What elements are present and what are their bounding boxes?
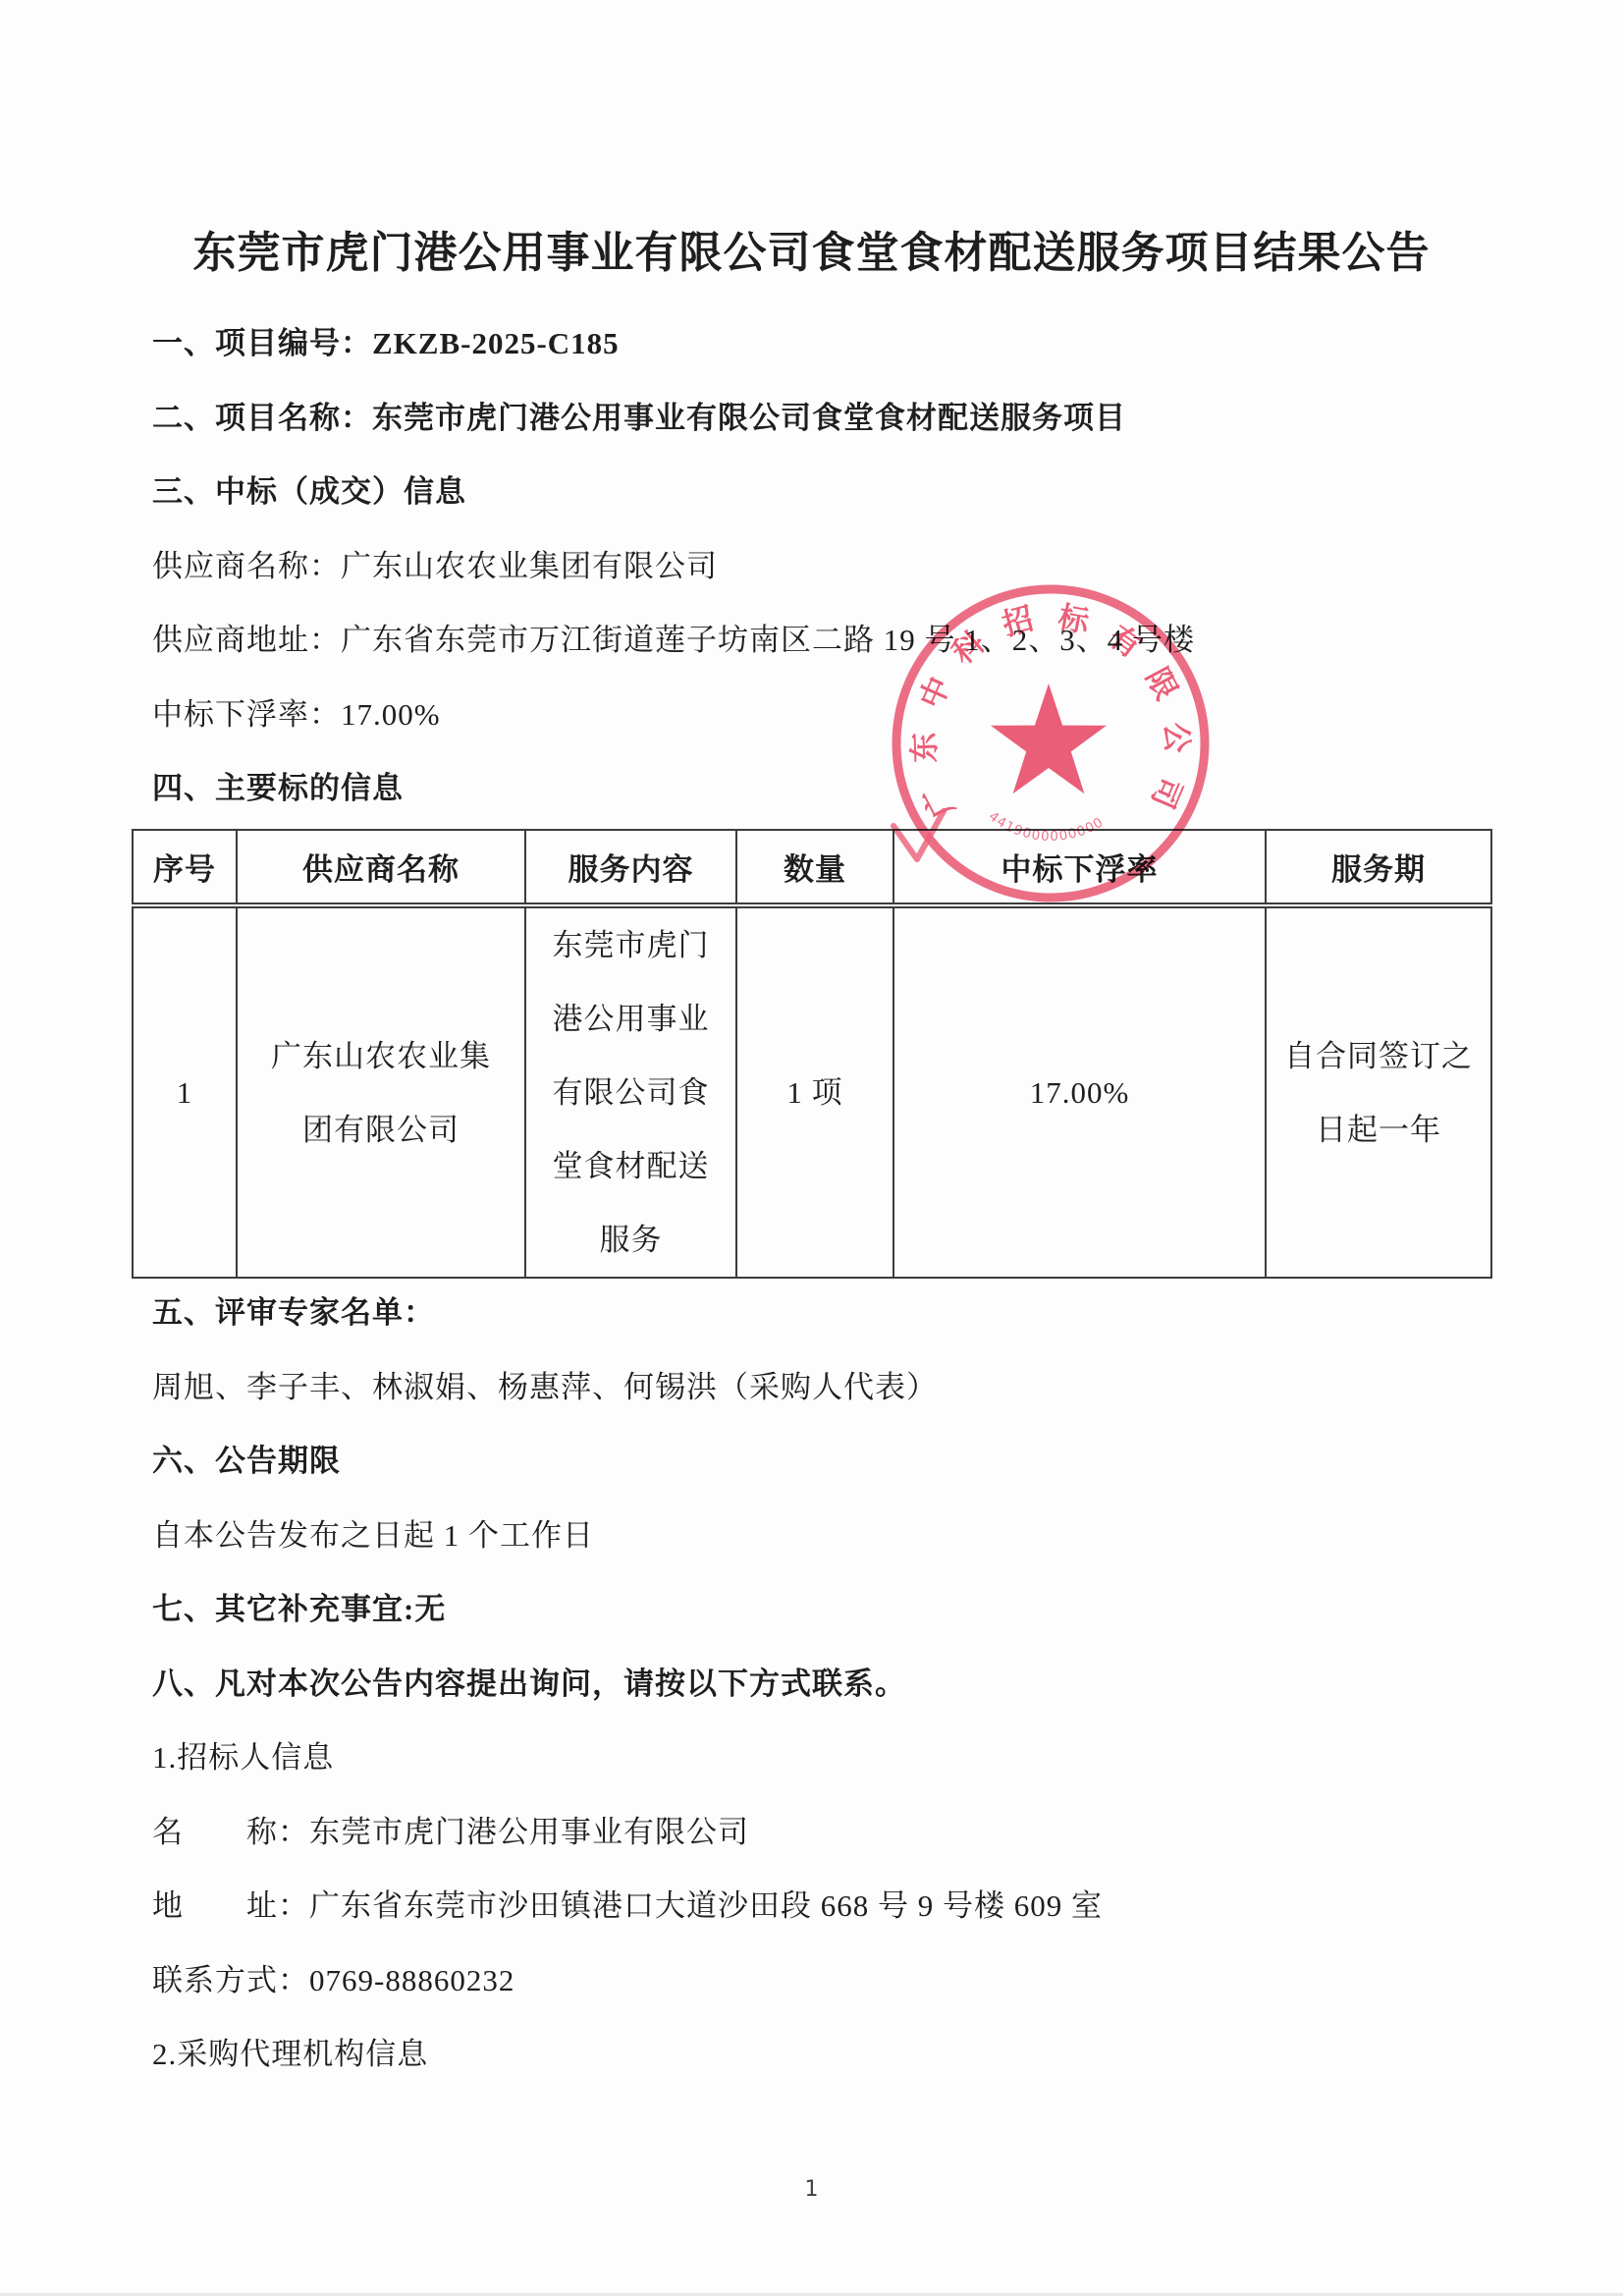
experts-list-line: 周旭、李子丰、林淑娟、杨惠萍、何锡洪（采购人代表） <box>152 1350 1535 1425</box>
bid-result-table: 序号 供应商名称 服务内容 数量 中标下浮率 服务期 1 广东山农农业集团有限公… <box>132 829 1492 1279</box>
cell-seq: 1 <box>133 905 237 1278</box>
section-award-info: 三、中标（成交）信息 <box>152 455 1535 529</box>
col-header-supplier: 供应商名称 <box>237 830 525 905</box>
agency-info-label: 2.采购代理机构信息 <box>152 2017 1535 2092</box>
cell-service-text: 东莞市虎门港公用事业有限公司食堂食材配送服务 <box>552 908 711 1277</box>
page-number: 1 <box>0 2175 1623 2205</box>
tenderer-phone-line: 联系方式：0769-88860232 <box>152 1943 1535 2018</box>
seal-star-icon <box>991 683 1107 793</box>
table-header-row: 序号 供应商名称 服务内容 数量 中标下浮率 服务期 <box>133 830 1491 905</box>
cell-discount-rate: 17.00% <box>893 905 1266 1278</box>
lower-text-block: 五、评审专家名单： 周旭、李子丰、林淑娟、杨惠萍、何锡洪（采购人代表） 六、公告… <box>152 1276 1535 2092</box>
tenderer-info-label: 1.招标人信息 <box>152 1721 1535 1795</box>
cell-term: 自合同签订之日起一年 <box>1266 905 1491 1278</box>
document-page: 东莞市虎门港公用事业有限公司食堂食材配送服务项目结果公告 一、项目编号：ZKZB… <box>0 0 1623 2296</box>
cell-supplier-text: 广东山农农业集团有限公司 <box>270 1019 492 1167</box>
section-other-matters: 七、其它补充事宜:无 <box>152 1572 1535 1647</box>
section-project-name: 二、项目名称：东莞市虎门港公用事业有限公司食堂食材配送服务项目 <box>152 381 1535 456</box>
col-header-seq: 序号 <box>133 830 237 905</box>
seal-serial-text: 4419000000000 <box>986 808 1106 845</box>
cell-service: 东莞市虎门港公用事业有限公司食堂食材配送服务 <box>525 905 736 1278</box>
tenderer-address-line: 地 址：广东省东莞市沙田镇港口大道沙田段 668 号 9 号楼 609 室 <box>152 1869 1535 1943</box>
col-header-service: 服务内容 <box>525 830 736 905</box>
section-project-number: 一、项目编号：ZKZB-2025-C185 <box>152 306 1535 381</box>
table-row: 1 广东山农农业集团有限公司 东莞市虎门港公用事业有限公司食堂食材配送服务 1 … <box>133 905 1491 1278</box>
cell-term-text: 自合同签订之日起一年 <box>1284 1019 1473 1167</box>
announcement-period-line: 自本公告发布之日起 1 个工作日 <box>152 1499 1535 1573</box>
col-header-term: 服务期 <box>1266 830 1491 905</box>
cell-supplier: 广东山农农业集团有限公司 <box>237 905 525 1278</box>
section-contact-intro: 八、凡对本次公告内容提出询问，请按以下方式联系。 <box>152 1647 1535 1722</box>
page-title: 东莞市虎门港公用事业有限公司食堂食材配送服务项目结果公告 <box>0 222 1623 285</box>
company-seal-stamp: 广东中科招标有限公司 4419000000000 <box>842 535 1259 952</box>
cell-quantity: 1 项 <box>736 905 893 1278</box>
section-experts: 五、评审专家名单： <box>152 1276 1535 1350</box>
section-announcement-period: 六、公告期限 <box>152 1424 1535 1499</box>
tenderer-name-line: 名 称：东莞市虎门港公用事业有限公司 <box>152 1795 1535 1870</box>
